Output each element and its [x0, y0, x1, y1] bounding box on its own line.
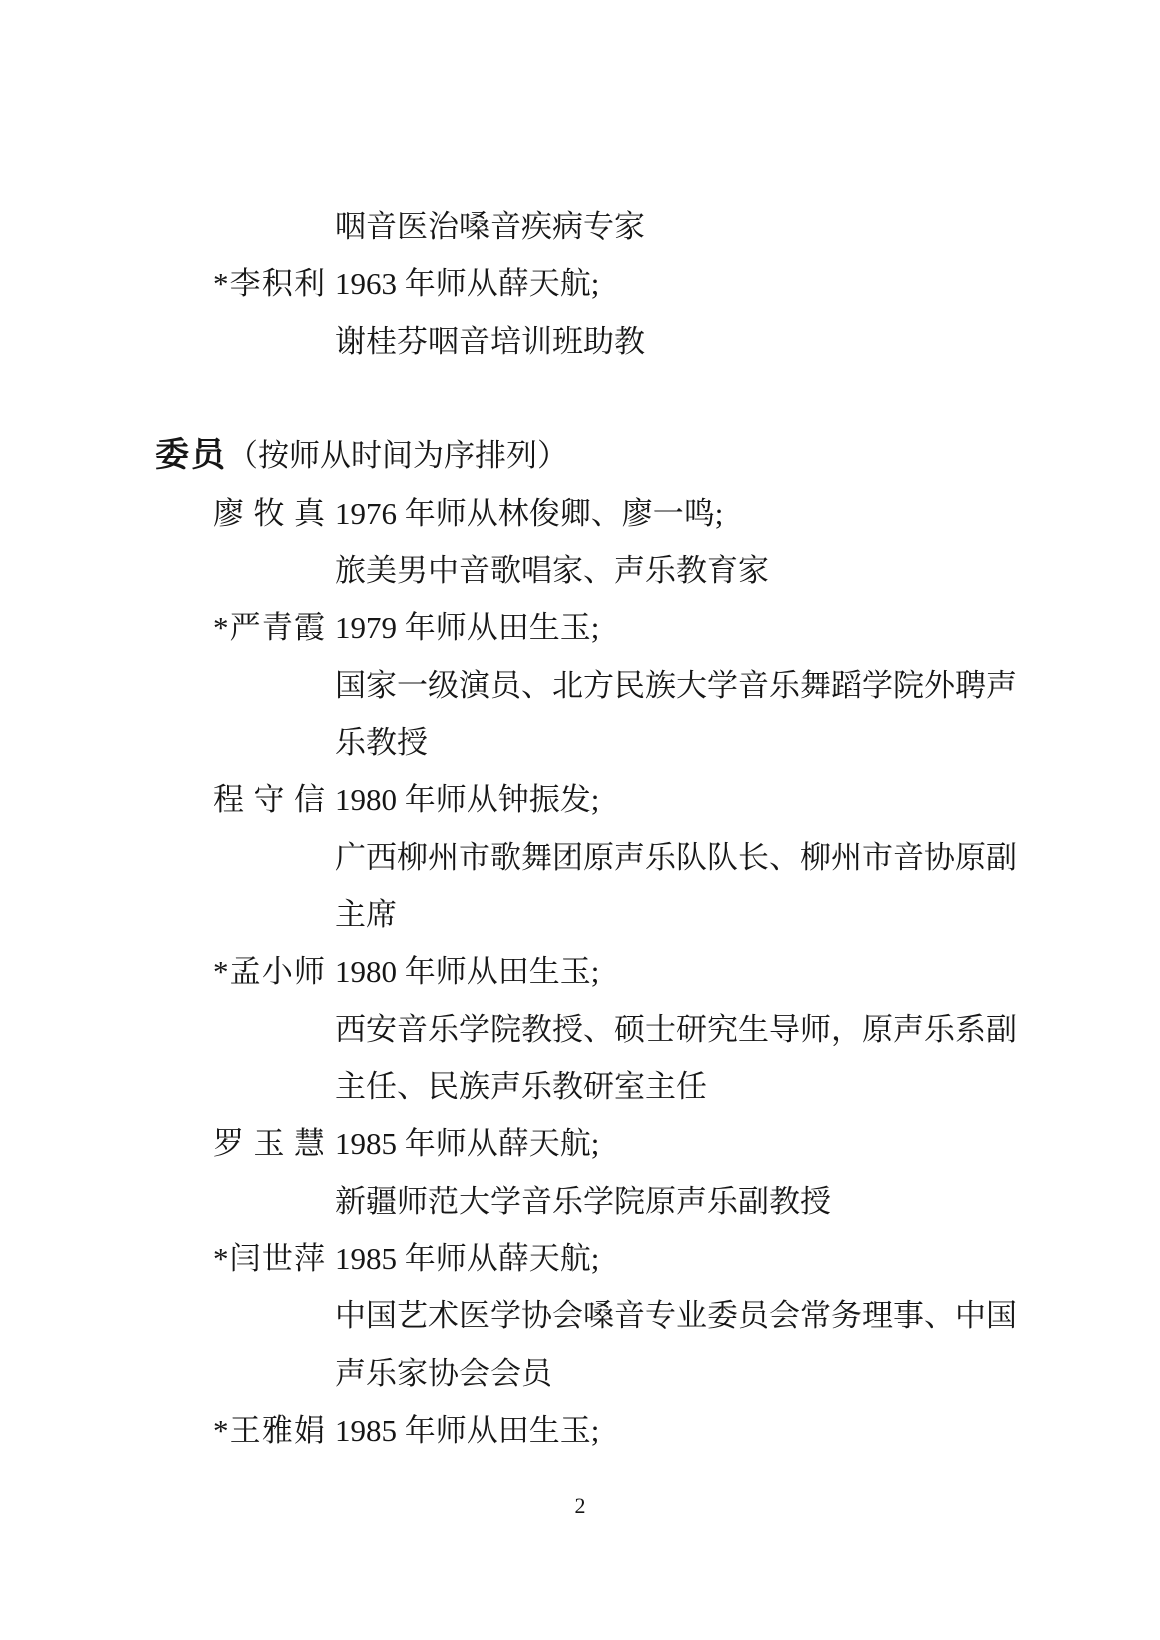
member-study-line: 1980 年师从田生玉;	[335, 943, 599, 1000]
member-name: 程守信	[213, 771, 325, 828]
member-credential: 新疆师范大学音乐学院原声乐副教授	[335, 1173, 831, 1230]
text-line: 西安音乐学院教授、硕士研究生导师，原声乐系副	[0, 1001, 1160, 1058]
text-line: *闫世萍 1985 年师从薛天航;	[0, 1230, 1160, 1287]
member-study-line: 1979 年师从田生玉;	[335, 599, 599, 656]
member-study-line: 1985 年师从薛天航;	[335, 1115, 599, 1172]
text-line: 咽音医治嗓音疾病专家	[0, 198, 1160, 255]
text-line: 主席	[0, 886, 1160, 943]
member-study-line: 1985 年师从薛天航;	[335, 1230, 599, 1287]
member-credential: 西安音乐学院教授、硕士研究生导师，原声乐系副	[335, 1001, 1017, 1058]
document-page: 咽音医治嗓音疾病专家 *李积利 1963 年师从薛天航; 谢桂芬咽音培训班助教 …	[0, 0, 1160, 1640]
text-line: 声乐家协会会员	[0, 1345, 1160, 1402]
member-name: *孟小师	[213, 943, 325, 1000]
text-line: *孟小师 1980 年师从田生玉;	[0, 943, 1160, 1000]
text-line: 中国艺术医学协会嗓音专业委员会常务理事、中国	[0, 1287, 1160, 1344]
member-credential: 中国艺术医学协会嗓音专业委员会常务理事、中国	[335, 1287, 1017, 1344]
member-credential: 主席	[335, 886, 397, 943]
section-heading-note: （按师从时间为序排列）	[227, 438, 568, 473]
member-name: 廖牧真	[213, 485, 325, 542]
member-credential: 谢桂芬咽音培训班助教	[335, 313, 645, 370]
member-credential: 广西柳州市歌舞团原声乐队队长、柳州市音协原副	[335, 829, 1017, 886]
text-line: *王雅娟 1985 年师从田生玉;	[0, 1402, 1160, 1459]
text-line: 谢桂芬咽音培训班助教	[0, 313, 1160, 370]
text-line: 罗玉慧 1985 年师从薛天航;	[0, 1115, 1160, 1172]
member-credential: 主任、民族声乐教研室主任	[335, 1058, 707, 1115]
member-credential: 国家一级演员、北方民族大学音乐舞蹈学院外聘声	[335, 657, 1017, 714]
member-name: *严青霞	[213, 599, 325, 656]
text-line: 主任、民族声乐教研室主任	[0, 1058, 1160, 1115]
blank-line	[0, 370, 1160, 427]
member-credential: 乐教授	[335, 714, 428, 771]
member-name: 罗玉慧	[213, 1115, 325, 1172]
text-line: 国家一级演员、北方民族大学音乐舞蹈学院外聘声	[0, 657, 1160, 714]
text-line: *李积利 1963 年师从薛天航;	[0, 255, 1160, 312]
member-name: *闫世萍	[213, 1230, 325, 1287]
document-body: 咽音医治嗓音疾病专家 *李积利 1963 年师从薛天航; 谢桂芬咽音培训班助教 …	[0, 198, 1160, 1459]
member-credential: 旅美男中音歌唱家、声乐教育家	[335, 542, 769, 599]
section-heading: 委员（按师从时间为序排列）	[0, 427, 1160, 484]
member-name: *王雅娟	[213, 1402, 325, 1459]
section-heading-title: 委员	[155, 436, 227, 474]
text-line: 广西柳州市歌舞团原声乐队队长、柳州市音协原副	[0, 829, 1160, 886]
member-study-line: 1963 年师从薛天航;	[335, 255, 599, 312]
text-line: 程守信 1980 年师从钟振发;	[0, 771, 1160, 828]
member-study-line: 1980 年师从钟振发;	[335, 771, 599, 828]
member-credential: 咽音医治嗓音疾病专家	[335, 198, 645, 255]
text-line: 廖牧真 1976 年师从林俊卿、廖一鸣;	[0, 485, 1160, 542]
member-study-line: 1985 年师从田生玉;	[335, 1402, 599, 1459]
text-line: 乐教授	[0, 714, 1160, 771]
member-credential: 声乐家协会会员	[335, 1345, 552, 1402]
member-study-line: 1976 年师从林俊卿、廖一鸣;	[335, 485, 723, 542]
page-number: 2	[0, 1492, 1160, 1520]
member-name: *李积利	[213, 255, 325, 312]
text-line: *严青霞 1979 年师从田生玉;	[0, 599, 1160, 656]
text-line: 旅美男中音歌唱家、声乐教育家	[0, 542, 1160, 599]
text-line: 新疆师范大学音乐学院原声乐副教授	[0, 1173, 1160, 1230]
